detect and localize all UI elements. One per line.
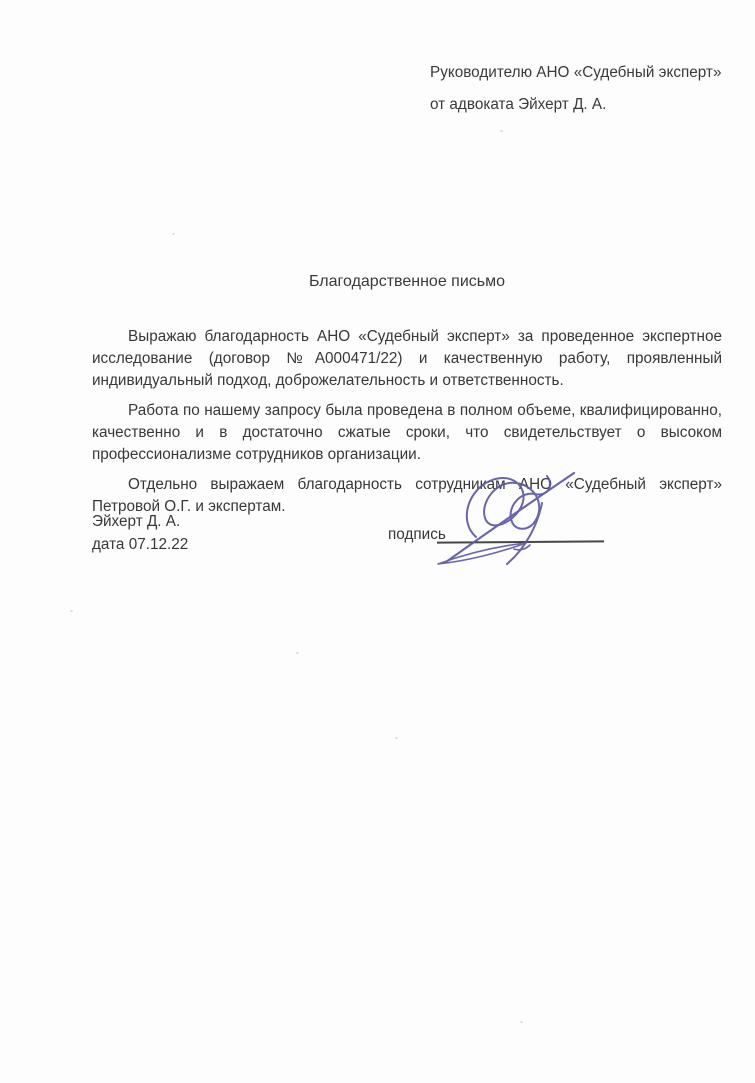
signatory-name: Эйхерт Д. А.: [92, 513, 180, 531]
paragraph-work-quality: Работа по нашему запросу была проведена …: [92, 400, 722, 466]
scan-speck: [395, 737, 398, 739]
scan-speck: [520, 1021, 523, 1023]
paragraph-staff-thanks: Отдельно выражаем благодарность сотрудни…: [92, 474, 722, 518]
recipient-line: Руководителю АНО «Судебный эксперт»: [430, 63, 721, 82]
letter-body: Выражаю благодарность АНО «Судебный эксп…: [92, 326, 722, 526]
letter-page: Руководителю АНО «Судебный эксперт» от а…: [0, 0, 755, 1083]
scan-speck: [500, 130, 503, 132]
recipient-block: Руководителю АНО «Судебный эксперт» от а…: [430, 63, 721, 114]
scan-speck: [296, 652, 299, 654]
signature-stroke-loops: [467, 476, 550, 537]
sender-line: от адвоката Эйхерт Д. А.: [430, 95, 721, 114]
handwritten-signature-icon: [430, 465, 600, 570]
signature-date: дата 07.12.22: [92, 536, 188, 554]
signature-stroke-flourish: [438, 543, 526, 564]
letter-title: Благодарственное письмо: [92, 273, 722, 291]
scan-speck: [172, 233, 175, 235]
signature-stroke-tail: [507, 503, 542, 564]
paragraph-gratitude: Выражаю благодарность АНО «Судебный эксп…: [92, 326, 722, 392]
scan-speck: [70, 610, 73, 612]
